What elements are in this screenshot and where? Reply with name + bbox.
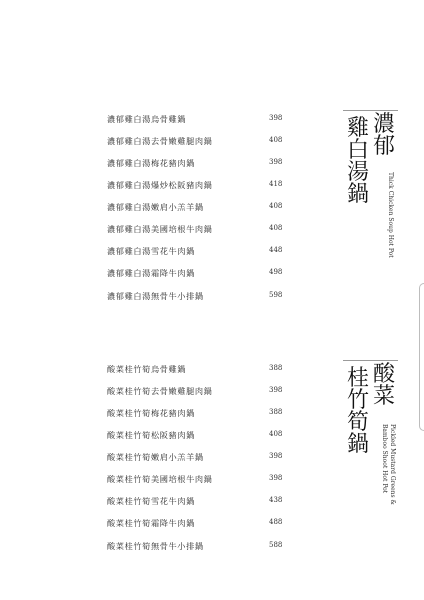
item-name: 濃郁雞白湯無骨牛小排鍋 xyxy=(107,291,204,302)
item-price: 388 xyxy=(269,408,282,416)
item-name: 酸菜桂竹筍烏骨雞鍋 xyxy=(107,364,186,375)
menu-item: 濃郁雞白湯嫩肩小羔羊鍋 408 xyxy=(107,202,287,216)
section-title-line2: 桂竹筍鍋 xyxy=(346,368,370,456)
section-title-line1: 濃郁 xyxy=(372,114,396,158)
subtitle-line1: Pickled Mustard Greens & xyxy=(389,424,396,505)
menu-item: 濃郁雞白湯去骨嫩雞腿肉鍋 408 xyxy=(107,136,287,150)
menu-item: 濃郁雞白湯梅花豬肉鍋 398 xyxy=(107,158,287,172)
item-price: 488 xyxy=(269,518,282,526)
item-name: 酸菜桂竹筍霜降牛肉鍋 xyxy=(107,518,195,529)
item-price: 408 xyxy=(269,430,282,438)
item-price: 398 xyxy=(269,452,282,460)
item-price: 408 xyxy=(269,136,282,144)
item-price: 398 xyxy=(269,158,282,166)
item-price: 408 xyxy=(269,202,282,210)
item-price: 408 xyxy=(269,224,282,232)
item-name: 酸菜桂竹筍梅花豬肉鍋 xyxy=(107,408,195,419)
item-name: 酸菜桂竹筍雪花牛肉鍋 xyxy=(107,496,195,507)
section-title-line2: 雞白湯鍋 xyxy=(346,118,370,206)
item-price: 598 xyxy=(269,291,282,299)
item-name: 濃郁雞白湯梅花豬肉鍋 xyxy=(107,158,195,169)
item-name: 酸菜桂竹筍美國培根牛肉鍋 xyxy=(107,474,212,485)
item-name: 濃郁雞白湯霜降牛肉鍋 xyxy=(107,268,195,279)
menu-item: 酸菜桂竹筍無骨牛小排鍋 588 xyxy=(107,541,287,555)
item-price: 418 xyxy=(269,180,282,188)
subtitle-line2: Bamboo Shoot Hot Pot xyxy=(381,424,388,493)
item-price: 398 xyxy=(269,114,282,122)
item-name: 濃郁雞白湯烏骨雞鍋 xyxy=(107,114,186,125)
menu-item: 濃郁雞白湯美國培根牛肉鍋 408 xyxy=(107,224,287,238)
menu-item: 酸菜桂竹筍松阪豬肉鍋 408 xyxy=(107,430,287,444)
item-name: 酸菜桂竹筍松阪豬肉鍋 xyxy=(107,430,195,441)
menu-item: 濃郁雞白湯爆炒松阪豬肉鍋 418 xyxy=(107,180,287,194)
menu-item: 酸菜桂竹筍美國培根牛肉鍋 398 xyxy=(107,474,287,488)
item-name: 濃郁雞白湯爆炒松阪豬肉鍋 xyxy=(107,180,212,191)
item-name: 酸菜桂竹筍無骨牛小排鍋 xyxy=(107,541,204,552)
item-name: 酸菜桂竹筍去骨嫩雞腿肉鍋 xyxy=(107,386,212,397)
item-price: 498 xyxy=(269,268,282,276)
menu-item: 酸菜桂竹筍雪花牛肉鍋 438 xyxy=(107,496,287,510)
item-name: 濃郁雞白湯去骨嫩雞腿肉鍋 xyxy=(107,136,212,147)
item-name: 酸菜桂竹筍嫩肩小羔羊鍋 xyxy=(107,452,204,463)
menu-item: 濃郁雞白湯無骨牛小排鍋 598 xyxy=(107,291,287,305)
item-name: 濃郁雞白湯雪花牛肉鍋 xyxy=(107,246,195,257)
menu-item: 濃郁雞白湯烏骨雞鍋 398 xyxy=(107,114,287,128)
section-subtitle-en: Thick Chicken Soup Hot Pot xyxy=(386,172,394,258)
section-title-line1: 酸菜 xyxy=(372,364,396,408)
menu-item: 酸菜桂竹筍梅花豬肉鍋 388 xyxy=(107,408,287,422)
item-price: 388 xyxy=(269,364,282,372)
item-name: 濃郁雞白湯美國培根牛肉鍋 xyxy=(107,224,212,235)
item-price: 398 xyxy=(269,474,282,482)
page-scroll-handle[interactable] xyxy=(419,283,424,431)
menu-item: 酸菜桂竹筍去骨嫩雞腿肉鍋 398 xyxy=(107,386,287,400)
section-title-rule xyxy=(343,360,398,361)
menu-item: 酸菜桂竹筍烏骨雞鍋 388 xyxy=(107,364,287,378)
item-price: 438 xyxy=(269,496,282,504)
item-name: 濃郁雞白湯嫩肩小羔羊鍋 xyxy=(107,202,204,213)
menu-item: 濃郁雞白湯雪花牛肉鍋 448 xyxy=(107,246,287,260)
menu-item: 酸菜桂竹筍嫩肩小羔羊鍋 398 xyxy=(107,452,287,466)
item-price: 588 xyxy=(269,541,282,549)
menu-item: 酸菜桂竹筍霜降牛肉鍋 488 xyxy=(107,518,287,532)
section-subtitle-en: Pickled Mustard Greens & Bamboo Shoot Ho… xyxy=(380,424,396,505)
item-price: 448 xyxy=(269,246,282,254)
section-title-rule xyxy=(343,110,398,111)
item-price: 398 xyxy=(269,386,282,394)
menu-item: 濃郁雞白湯霜降牛肉鍋 498 xyxy=(107,268,287,282)
